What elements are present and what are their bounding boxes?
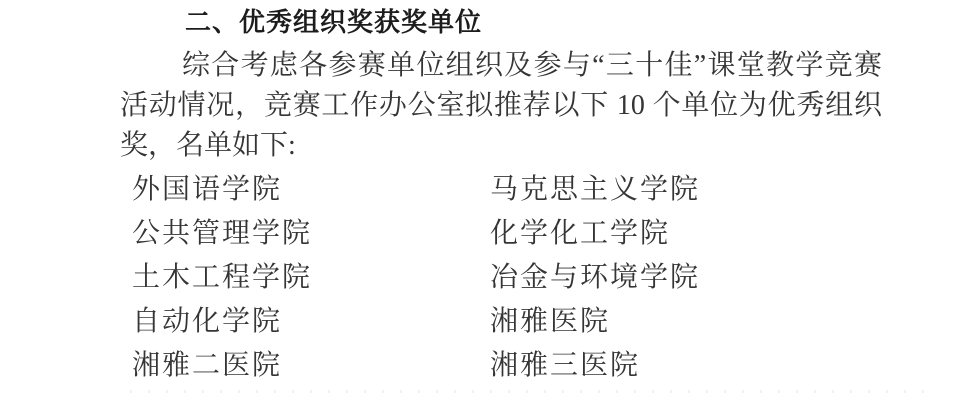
- unit-name: 冶金与环境学院: [490, 256, 700, 300]
- unit-row: 湘雅二医院 湘雅三医院: [132, 344, 912, 388]
- unit-name: 湘雅医院: [490, 300, 610, 344]
- paragraph-line-2: 活动情况，竞赛工作办公室拟推荐以下 10 个单位为优秀组织: [120, 86, 882, 126]
- unit-row: 土木工程学院 冶金与环境学院: [132, 256, 912, 300]
- section-heading: 二、优秀组织奖获奖单位: [185, 5, 482, 39]
- unit-row: 外国语学院 马克思主义学院: [132, 168, 912, 212]
- unit-name: 土木工程学院: [132, 256, 490, 300]
- intro-paragraph: 综合考虑各参赛单位组织及参与“三十佳”课堂教学竞赛 活动情况，竞赛工作办公室拟推…: [120, 46, 882, 166]
- unit-name: 马克思主义学院: [490, 168, 700, 212]
- unit-row: 自动化学院 湘雅医院: [132, 300, 912, 344]
- unit-name: 湘雅二医院: [132, 344, 490, 388]
- unit-row: 公共管理学院 化学化工学院: [132, 212, 912, 256]
- paragraph-line-3: 奖，名单如下:: [120, 126, 882, 166]
- unit-name: 公共管理学院: [132, 212, 490, 256]
- award-units-list: 外国语学院 马克思主义学院 公共管理学院 化学化工学院 土木工程学院 冶金与环境…: [132, 168, 912, 388]
- scan-artifact: [130, 390, 930, 393]
- unit-name: 湘雅三医院: [490, 344, 640, 388]
- paragraph-line-1: 综合考虑各参赛单位组织及参与“三十佳”课堂教学竞赛: [120, 46, 882, 86]
- unit-name: 外国语学院: [132, 168, 490, 212]
- unit-name: 自动化学院: [132, 300, 490, 344]
- document-page: 二、优秀组织奖获奖单位 综合考虑各参赛单位组织及参与“三十佳”课堂教学竞赛 活动…: [0, 0, 956, 397]
- unit-name: 化学化工学院: [490, 212, 670, 256]
